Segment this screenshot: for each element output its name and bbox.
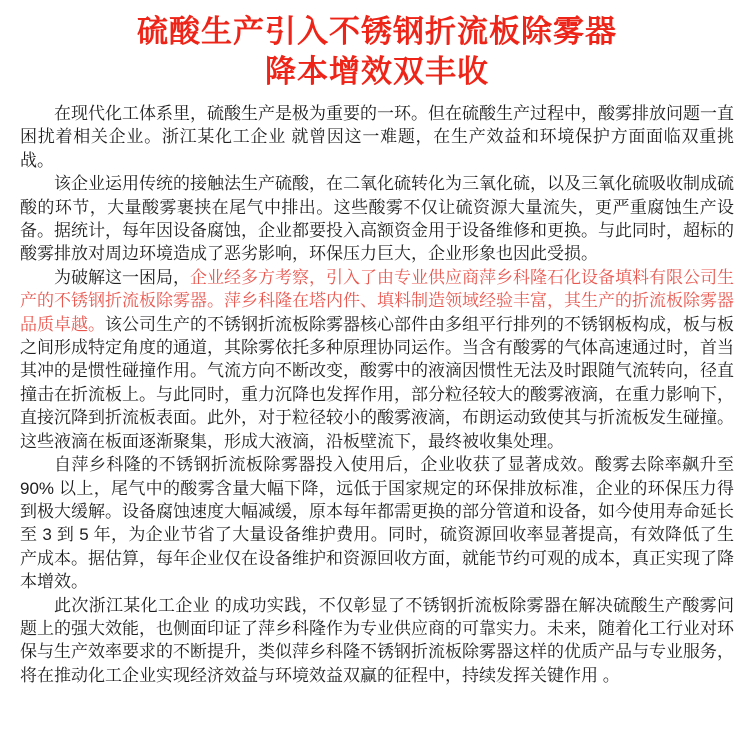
paragraph: 自萍乡科隆的不锈钢折流板除雾器投入使用后，企业收获了显著成效。酸雾去除率飙升至 … <box>20 453 734 593</box>
body-text: 该公司生产的不锈钢折流板除雾器核心部件由多组平行排列的不锈钢板构成，板与板之间形… <box>20 315 734 451</box>
body-text: 此次浙江某化工企业 的成功实践，不仅彰显了不锈钢折流板除雾器在解决硫酸生产酸雾问… <box>20 596 734 685</box>
body-text: 该企业运用传统的接触法生产硫酸，在二氧化硫转化为三氧化硫，以及三氧化硫吸收制成硫… <box>20 174 734 263</box>
paragraph: 为破解这一困局，企业经多方考察，引入了由专业供应商萍乡科隆石化设备填料有限公司生… <box>20 266 734 453</box>
body-text: 自萍乡科隆的不锈钢折流板除雾器投入使用后，企业收获了显著成效。酸雾去除率飙升至 … <box>20 455 734 591</box>
article-body: 在现代化工体系里，硫酸生产是极为重要的一环。但在硫酸生产过程中，酸雾排放问题一直… <box>20 102 734 687</box>
document-page: 硫酸生产引入不锈钢折流板除雾器 降本增效双丰收 在现代化工体系里，硫酸生产是极为… <box>0 0 750 750</box>
article-title: 硫酸生产引入不锈钢折流板除雾器 降本增效双丰收 <box>20 12 734 92</box>
paragraph: 在现代化工体系里，硫酸生产是极为重要的一环。但在硫酸生产过程中，酸雾排放问题一直… <box>20 102 734 172</box>
article-title-line1: 硫酸生产引入不锈钢折流板除雾器 <box>20 12 734 52</box>
paragraph: 此次浙江某化工企业 的成功实践，不仅彰显了不锈钢折流板除雾器在解决硫酸生产酸雾问… <box>20 594 734 688</box>
article-title-line2: 降本增效双丰收 <box>20 52 734 92</box>
body-text: 在现代化工体系里，硫酸生产是极为重要的一环。但在硫酸生产过程中，酸雾排放问题一直… <box>20 104 734 170</box>
paragraph: 该企业运用传统的接触法生产硫酸，在二氧化硫转化为三氧化硫，以及三氧化硫吸收制成硫… <box>20 172 734 266</box>
body-text: 为破解这一困局， <box>54 268 190 287</box>
